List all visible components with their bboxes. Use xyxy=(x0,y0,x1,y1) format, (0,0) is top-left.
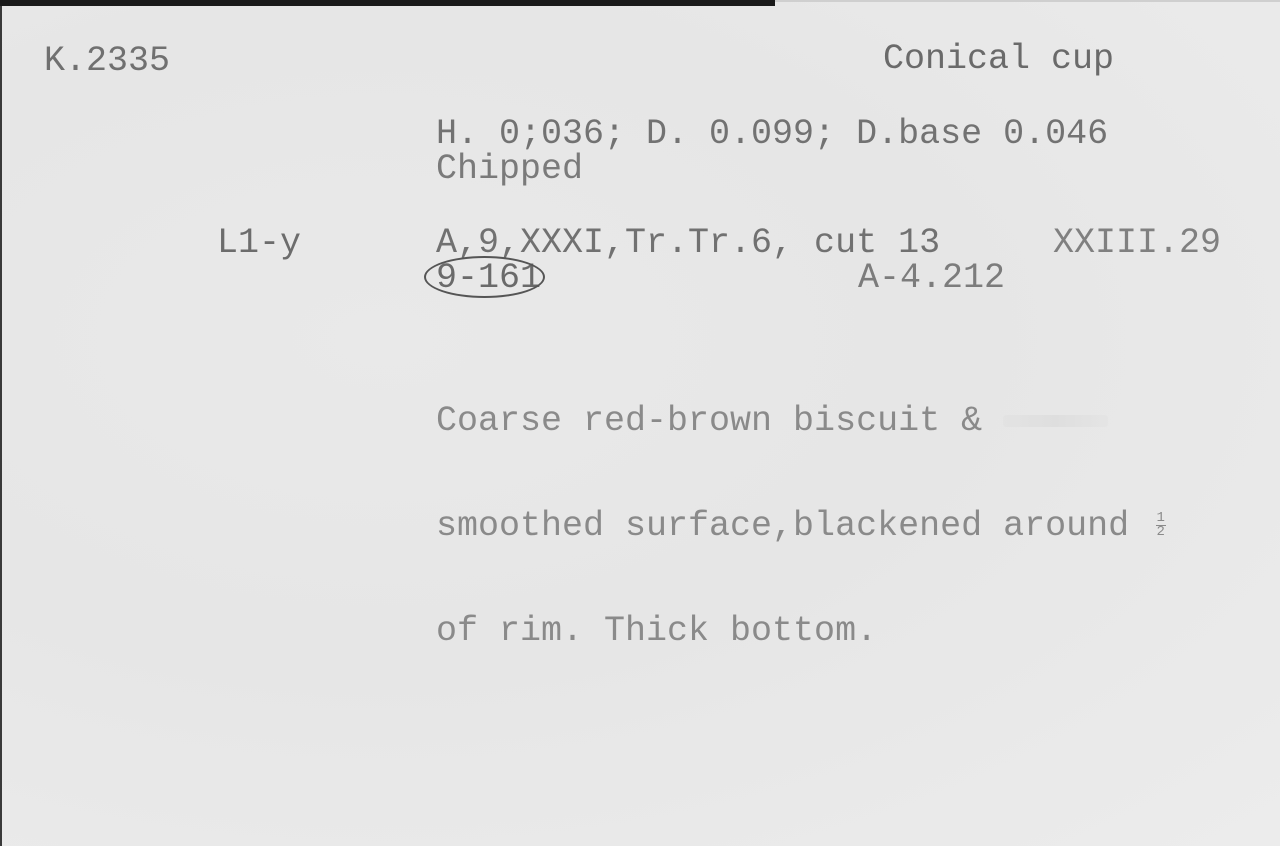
locus: L1-y xyxy=(217,226,301,261)
object-type: Conical cup xyxy=(883,42,1114,77)
scan-edge-top-tail xyxy=(775,0,1280,2)
photo-reference: A-4.212 xyxy=(858,261,1005,296)
scan-edge-top xyxy=(0,0,775,6)
description: Coarse red-brown biscuit & smoothed surf… xyxy=(436,334,1171,719)
condition: Chipped xyxy=(436,152,583,187)
hand-drawn-circle xyxy=(424,256,545,298)
description-line-1: Coarse red-brown biscuit & xyxy=(436,404,1171,439)
erased-word xyxy=(1003,415,1108,427)
scan-edge-left xyxy=(0,6,2,846)
description-line-1-text: Coarse red-brown biscuit & xyxy=(436,401,982,441)
catalogue-card: K.2335 Conical cup H. 0;036; D. 0.099; D… xyxy=(0,0,1280,846)
plate-reference: XXIII.29 xyxy=(1053,226,1221,261)
description-line-2-text: smoothed surface,blackened around xyxy=(436,506,1129,546)
dimensions: H. 0;036; D. 0.099; D.base 0.046 xyxy=(436,117,1108,152)
description-line-3: of rim. Thick bottom. xyxy=(436,614,1171,649)
fraction-one-half: 12 xyxy=(1150,512,1171,539)
fraction-denominator: 2 xyxy=(1150,526,1171,539)
find-reference: A,9,XXXI,Tr.Tr.6, cut 13 xyxy=(436,226,940,261)
catalogue-number: K.2335 xyxy=(44,44,170,79)
description-line-2: smoothed surface,blackened around 12 xyxy=(436,509,1171,544)
